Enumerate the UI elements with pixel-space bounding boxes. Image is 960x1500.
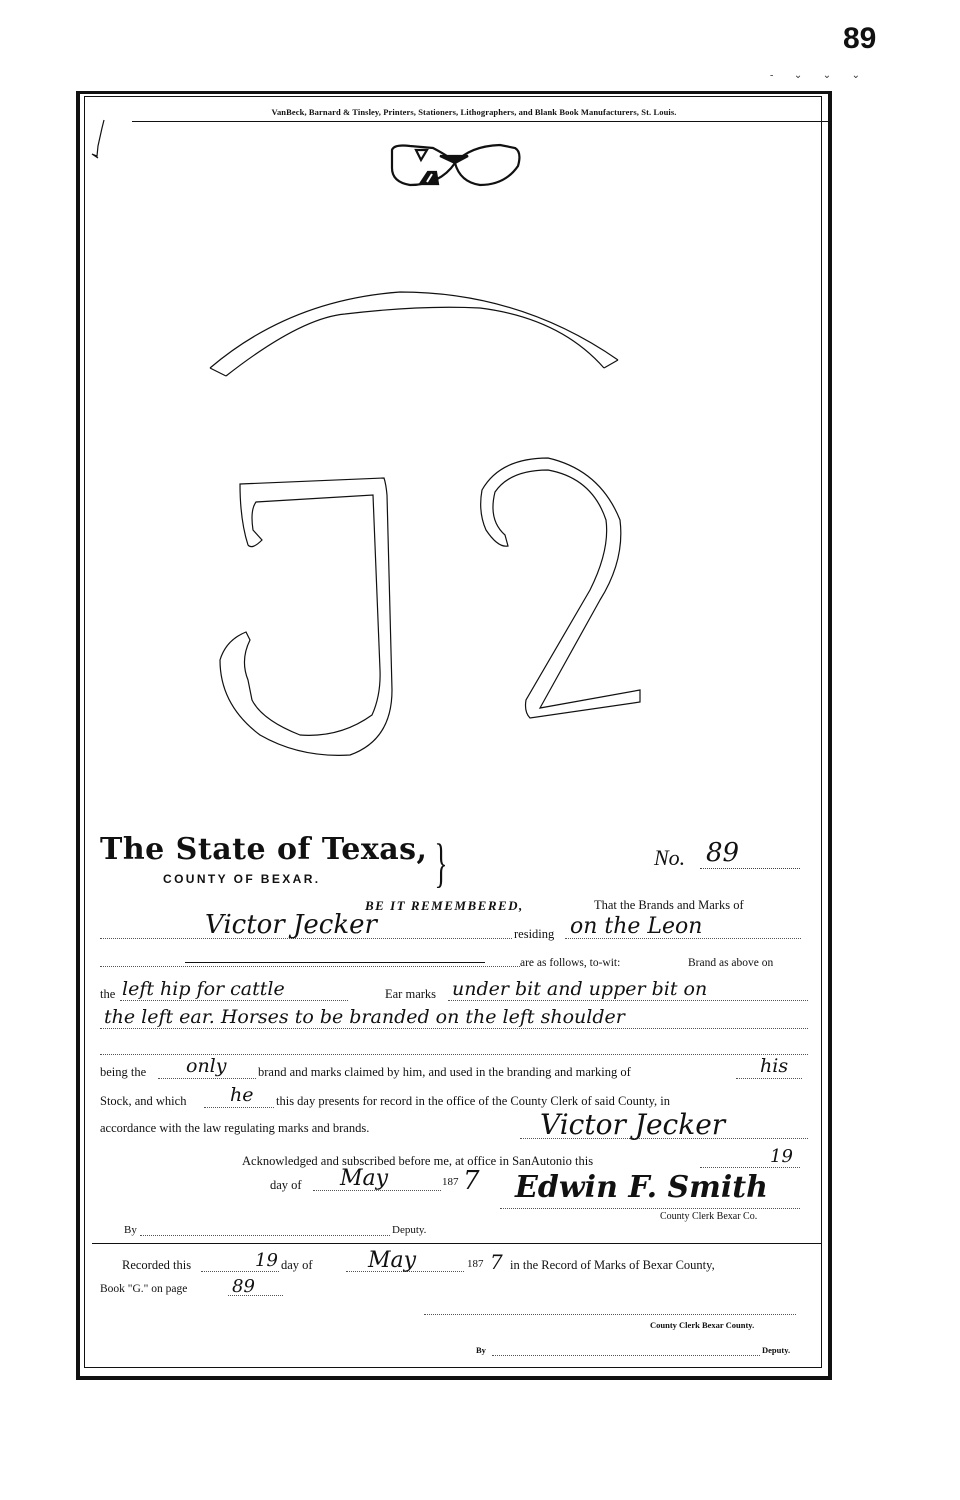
ear-marks-cont-line (100, 1028, 808, 1029)
clerk-signature[interactable]: Edwin F. Smith (515, 1170, 768, 1205)
state-heading: The State of Texas, (100, 832, 428, 867)
record-number-value[interactable]: 89 (706, 838, 739, 868)
pen-stroke (185, 962, 485, 963)
ack-day-field[interactable]: 19 (770, 1146, 793, 1167)
rec-year-prefix: 187 (467, 1258, 484, 1270)
book-page-field[interactable]: 89 (232, 1276, 255, 1297)
rec-day-field[interactable]: 19 (255, 1250, 278, 1271)
county-clerk-signature-line (424, 1314, 796, 1315)
by-bottom-line (492, 1355, 760, 1356)
rec-record-text: in the Record of Marks of Bexar County, (510, 1258, 715, 1273)
residence-field[interactable]: on the Leon (570, 914, 702, 939)
brand-claimed-text: brand and marks claimed by him, and used… (258, 1065, 631, 1080)
day-of-label: day of (270, 1178, 302, 1193)
be-it-remembered: BE IT REMEMBERED, (365, 898, 524, 914)
stock-and-which: Stock, and which (100, 1094, 186, 1109)
his-field[interactable]: his (760, 1055, 788, 1077)
clerk-title: County Clerk Bexar Co. (660, 1211, 757, 1222)
brand-drawing (0, 0, 960, 800)
residing-label: residing (514, 927, 554, 942)
ear-marks-cont-field[interactable]: the left ear. Horses to be branded on th… (104, 1006, 625, 1028)
ack-month-field[interactable]: May (340, 1166, 388, 1191)
accordance-text: accordance with the law regulating marks… (100, 1121, 369, 1136)
owner-name-field[interactable]: Victor Jecker (205, 910, 377, 940)
recorded-label: Recorded this (122, 1258, 191, 1273)
county-clerk-bottom: County Clerk Bexar County. (650, 1320, 754, 1330)
only-field[interactable]: only (186, 1055, 227, 1077)
record-number-line (700, 868, 800, 869)
rec-day-of-label: day of (281, 1258, 313, 1273)
book-label: Book "G." on page (100, 1283, 187, 1295)
his-line (736, 1078, 802, 1079)
brand-arc (210, 292, 618, 376)
deputy-bottom-label: Deputy. (762, 1345, 790, 1355)
rec-year-digit[interactable]: 7 (490, 1250, 503, 1274)
brand-location-field[interactable]: left hip for cattle (122, 978, 285, 1000)
being-the-label: being the (100, 1065, 146, 1080)
brand-letter-j (220, 478, 392, 755)
the-label: the (100, 987, 115, 1002)
are-as-follows: are as follows, to-wit: (520, 957, 620, 969)
ack-year-prefix: 187 (442, 1176, 459, 1188)
be-it-rest: That the Brands and Marks of (594, 898, 744, 913)
by-line (140, 1235, 390, 1236)
residence-line-2 (100, 966, 520, 967)
ack-day-line (700, 1167, 800, 1168)
clerk-signature-line (500, 1208, 800, 1209)
county-heading: COUNTY OF BEXAR. (163, 872, 321, 886)
rec-month-field[interactable]: May (368, 1248, 416, 1273)
ear-marks-icon (392, 145, 519, 185)
ear-marks-line (448, 1000, 808, 1001)
section-rule (92, 1243, 822, 1244)
rec-day-line (201, 1271, 279, 1272)
ack-year-digit[interactable]: 7 (463, 1166, 480, 1196)
brand-location-line (120, 1000, 348, 1001)
by-label: By (124, 1224, 137, 1236)
he-line (204, 1107, 274, 1108)
he-field[interactable]: he (230, 1084, 253, 1106)
by-bottom-label: By (476, 1345, 486, 1355)
brace-icon: } (434, 836, 447, 890)
record-number-label: No. (654, 845, 685, 871)
deputy-label: Deputy. (392, 1224, 426, 1236)
brand-digit-2 (481, 458, 640, 718)
ear-marks-label: Ear marks (385, 987, 436, 1002)
acknowledged-text: Acknowledged and subscribed before me, a… (242, 1154, 593, 1169)
this-day-presents: this day presents for record in the offi… (276, 1094, 670, 1109)
owner-signature[interactable]: Victor Jecker (540, 1108, 725, 1141)
brand-as-above: Brand as above on (688, 957, 773, 969)
ear-marks-field[interactable]: under bit and upper bit on (452, 978, 707, 1000)
only-line (158, 1078, 256, 1079)
